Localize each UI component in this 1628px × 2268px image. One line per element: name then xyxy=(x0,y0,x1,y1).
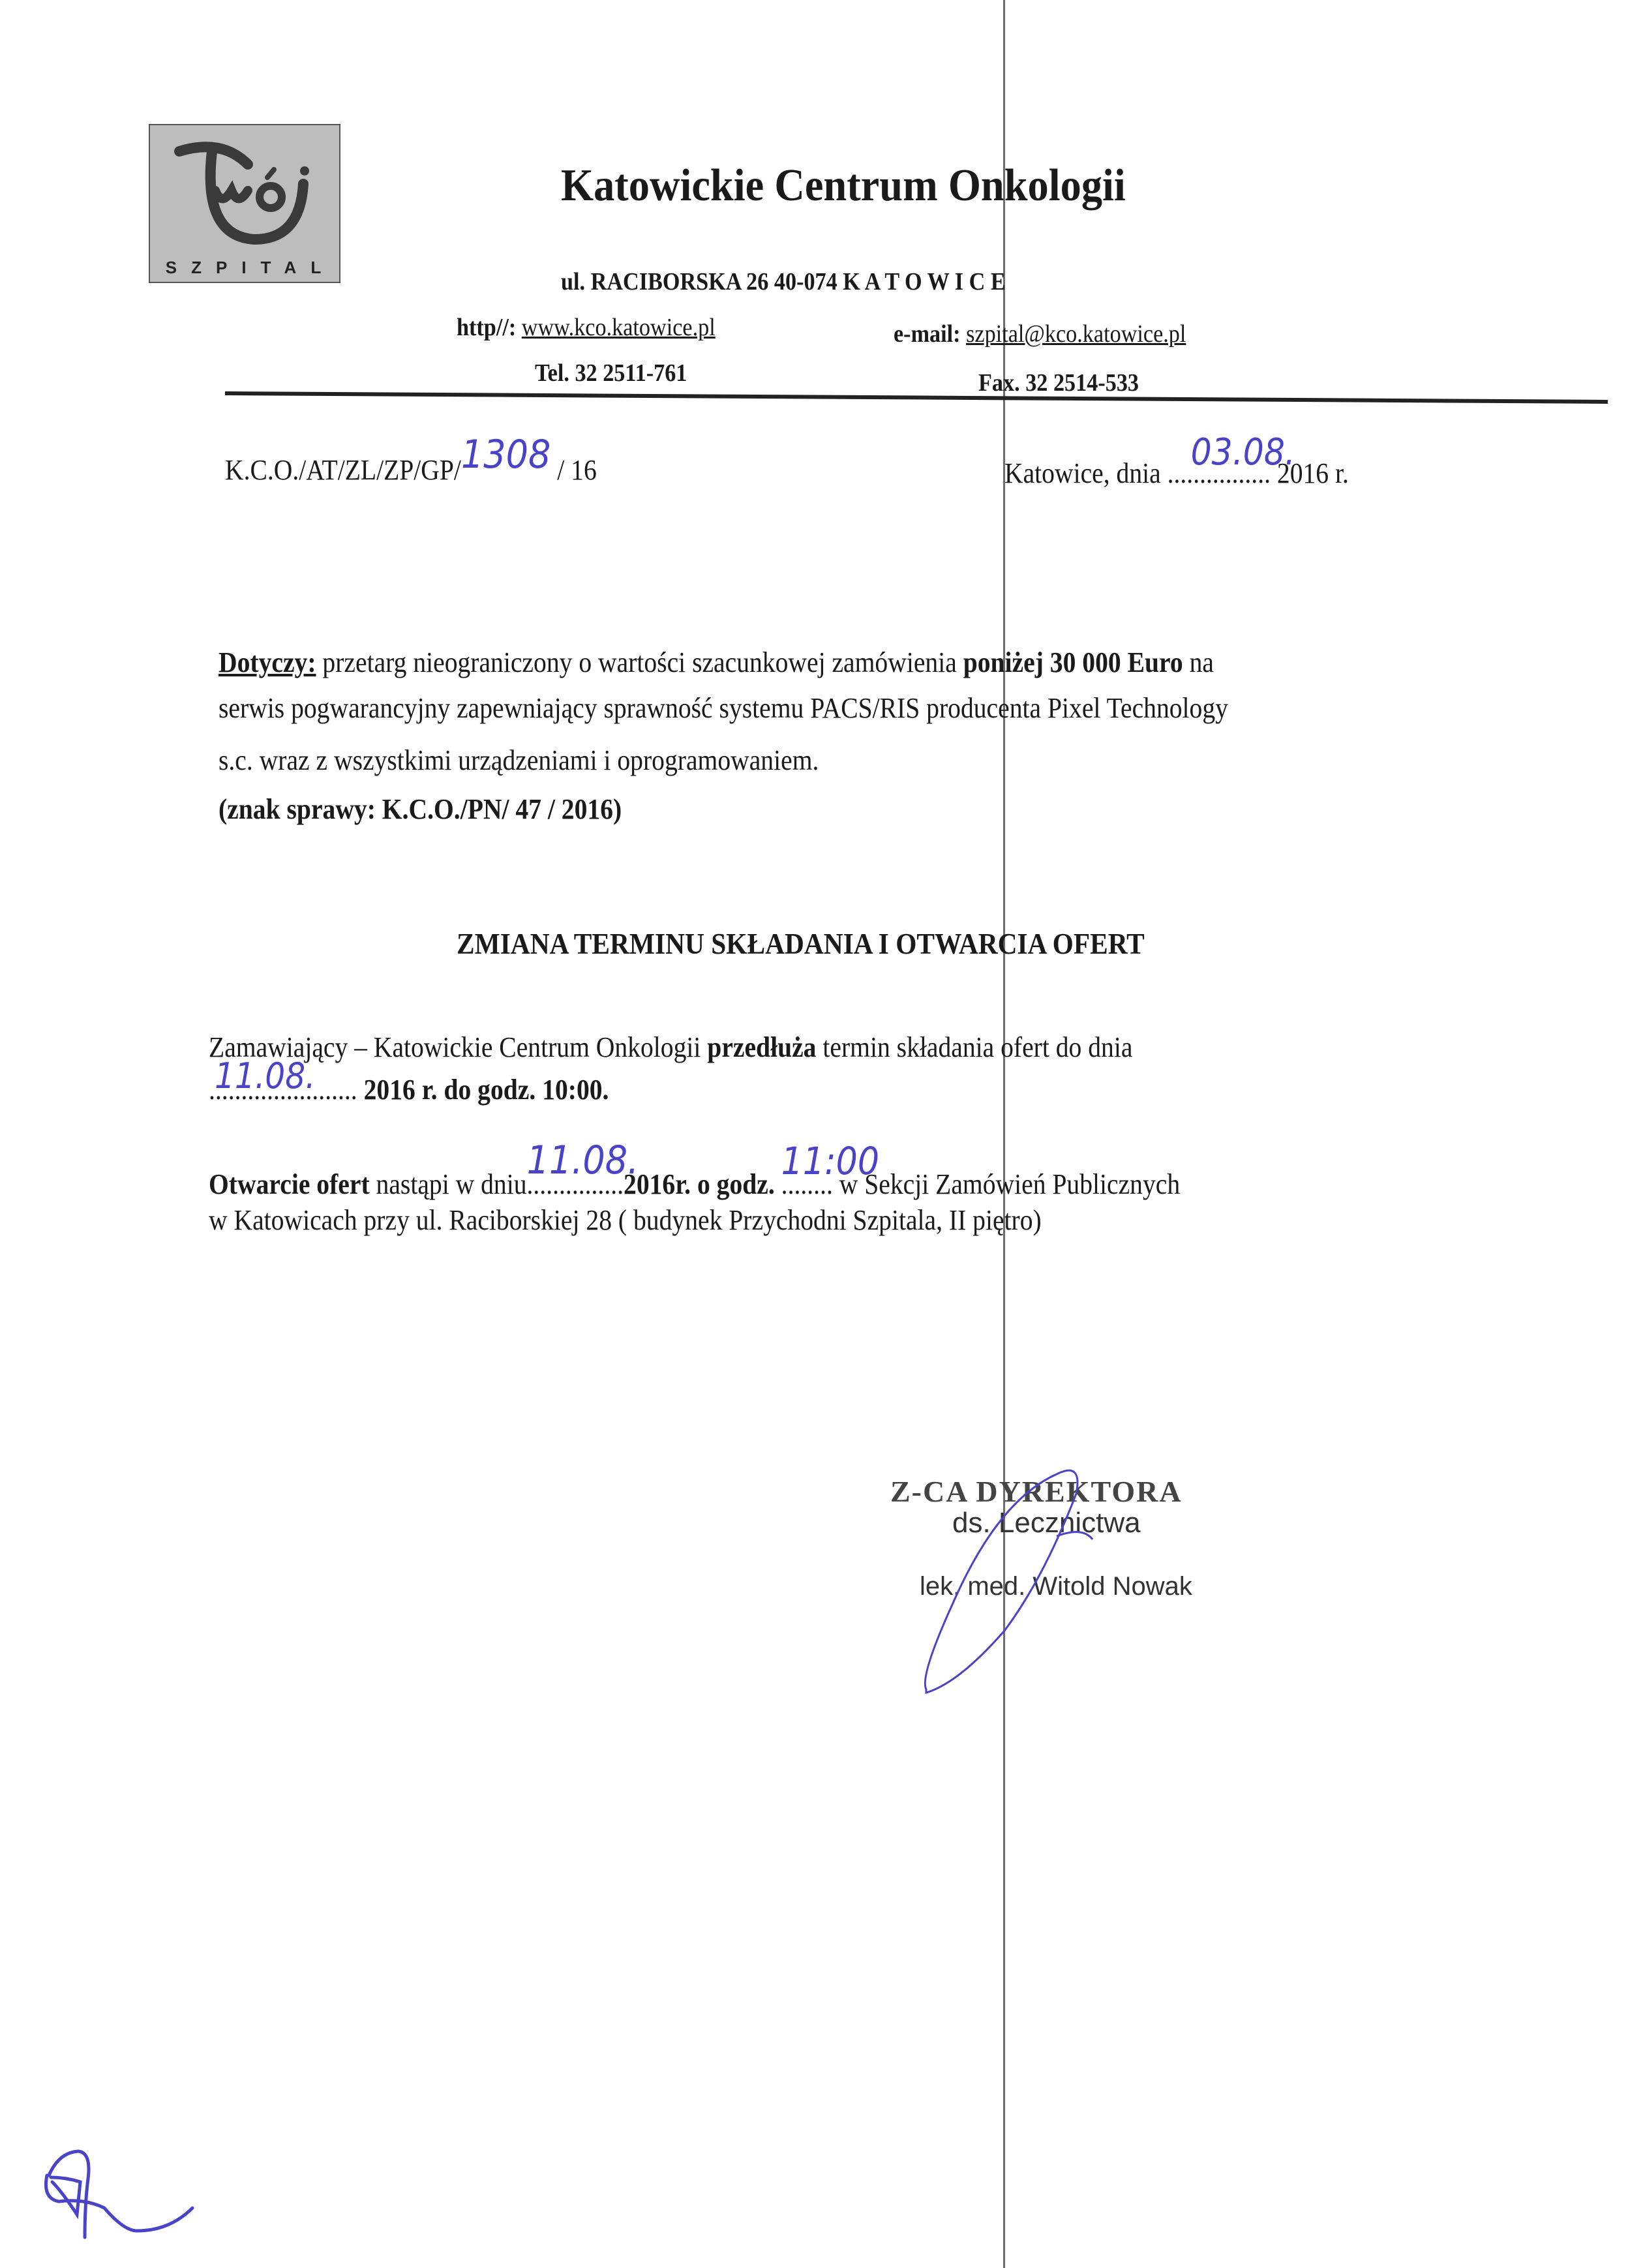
handwritten-opening-date: 11.08. xyxy=(527,1137,639,1184)
email-link[interactable]: szpital@kco.katowice.pl xyxy=(966,320,1186,348)
website-link[interactable]: www.kco.katowice.pl xyxy=(522,314,716,341)
paragraph-2-line-1: Otwarcie ofert nastąpi w dniu...........… xyxy=(209,1168,1180,1202)
handwritten-reference: 1308 xyxy=(461,432,550,477)
fax: Fax. 32 2514-533 xyxy=(978,369,1139,397)
logo-subtitle: SZPITAL xyxy=(150,258,339,278)
initials-ink-icon xyxy=(0,2022,326,2268)
date-prefix: Katowice, dnia xyxy=(1004,457,1161,489)
handwritten-deadline-date: 11.08. xyxy=(215,1055,316,1098)
subject-line-3: s.c. wraz z wszystkimi urządzeniami i op… xyxy=(219,744,819,778)
signature-ink-icon xyxy=(848,1435,1304,1709)
subject-text-end: na xyxy=(1190,646,1214,678)
p2-bold: Otwarcie ofert xyxy=(209,1168,370,1200)
p2-text: nastąpi w dniu xyxy=(376,1168,527,1200)
handwritten-opening-time: 11:00 xyxy=(781,1139,879,1185)
paragraph-2-line-2: w Katowicach przy ul. Raciborskiej 28 ( … xyxy=(209,1203,1042,1238)
address: ul. RACIBORSKA 26 40-074 K A T O W I C E xyxy=(561,267,1006,296)
reference-number: K.C.O./AT/ZL/ZP/GP/1308 / 16 xyxy=(225,444,597,489)
p2-date-fill: ...............11.08. xyxy=(527,1168,624,1200)
case-reference: (znak sprawy: K.C.O./PN/ 47 / 2016) xyxy=(219,793,622,827)
p1-date-fill: ....................... 11.08. xyxy=(209,1074,364,1106)
telephone: Tel. 32 2511-761 xyxy=(535,359,687,387)
website-label: http//: xyxy=(457,314,516,341)
p2-location: w Sekcji Zamówień Publicznych xyxy=(839,1168,1180,1200)
header-divider xyxy=(225,391,1608,404)
reference-prefix: K.C.O./AT/ZL/ZP/GP/ xyxy=(225,454,461,486)
subject-line-2: serwis pogwarancyjny zapewniający sprawn… xyxy=(219,691,1228,726)
email-label: e-mail: xyxy=(894,320,961,348)
website-line: http//: www.kco.katowice.pl xyxy=(457,313,716,342)
reference-suffix: / 16 xyxy=(557,454,597,486)
date-line: Katowice, dnia ................ 03.08. 2… xyxy=(1004,457,1349,490)
p2-year: 2016r. o godz. xyxy=(624,1168,775,1200)
handwritten-date: 03.08. xyxy=(1191,431,1295,474)
p1-deadline: 2016 r. do godz. 10:00. xyxy=(364,1074,609,1106)
email-line: e-mail: szpital@kco.katowice.pl xyxy=(894,320,1186,348)
p2-time-fill: ........11:00 xyxy=(781,1168,833,1200)
notice-heading: ZMIANA TERMINU SKŁADANIA I OTWARCIA OFER… xyxy=(457,926,1145,961)
subject-label: Dotyczy: xyxy=(219,646,316,678)
hospital-logo: SZPITAL xyxy=(149,124,340,283)
subject-text: przetarg nieograniczony o wartości szacu… xyxy=(322,646,956,678)
subject-line-1: Dotyczy: przetarg nieograniczony o warto… xyxy=(219,646,1214,680)
paragraph-1-line-2: ....................... 11.08. 2016 r. d… xyxy=(209,1073,609,1108)
organization-name: Katowickie Centrum Onkologii xyxy=(561,160,1126,212)
paragraph-1-line-1: Zamawiający – Katowickie Centrum Onkolog… xyxy=(209,1031,1132,1065)
p1-bold: przedłuża xyxy=(707,1031,816,1063)
twoj-logo-icon xyxy=(150,125,339,256)
p1-text-2: termin składania ofert do dnia xyxy=(822,1031,1132,1063)
subject-value: poniżej 30 000 Euro xyxy=(963,646,1183,678)
date-fill: ................ 03.08. xyxy=(1168,457,1277,489)
